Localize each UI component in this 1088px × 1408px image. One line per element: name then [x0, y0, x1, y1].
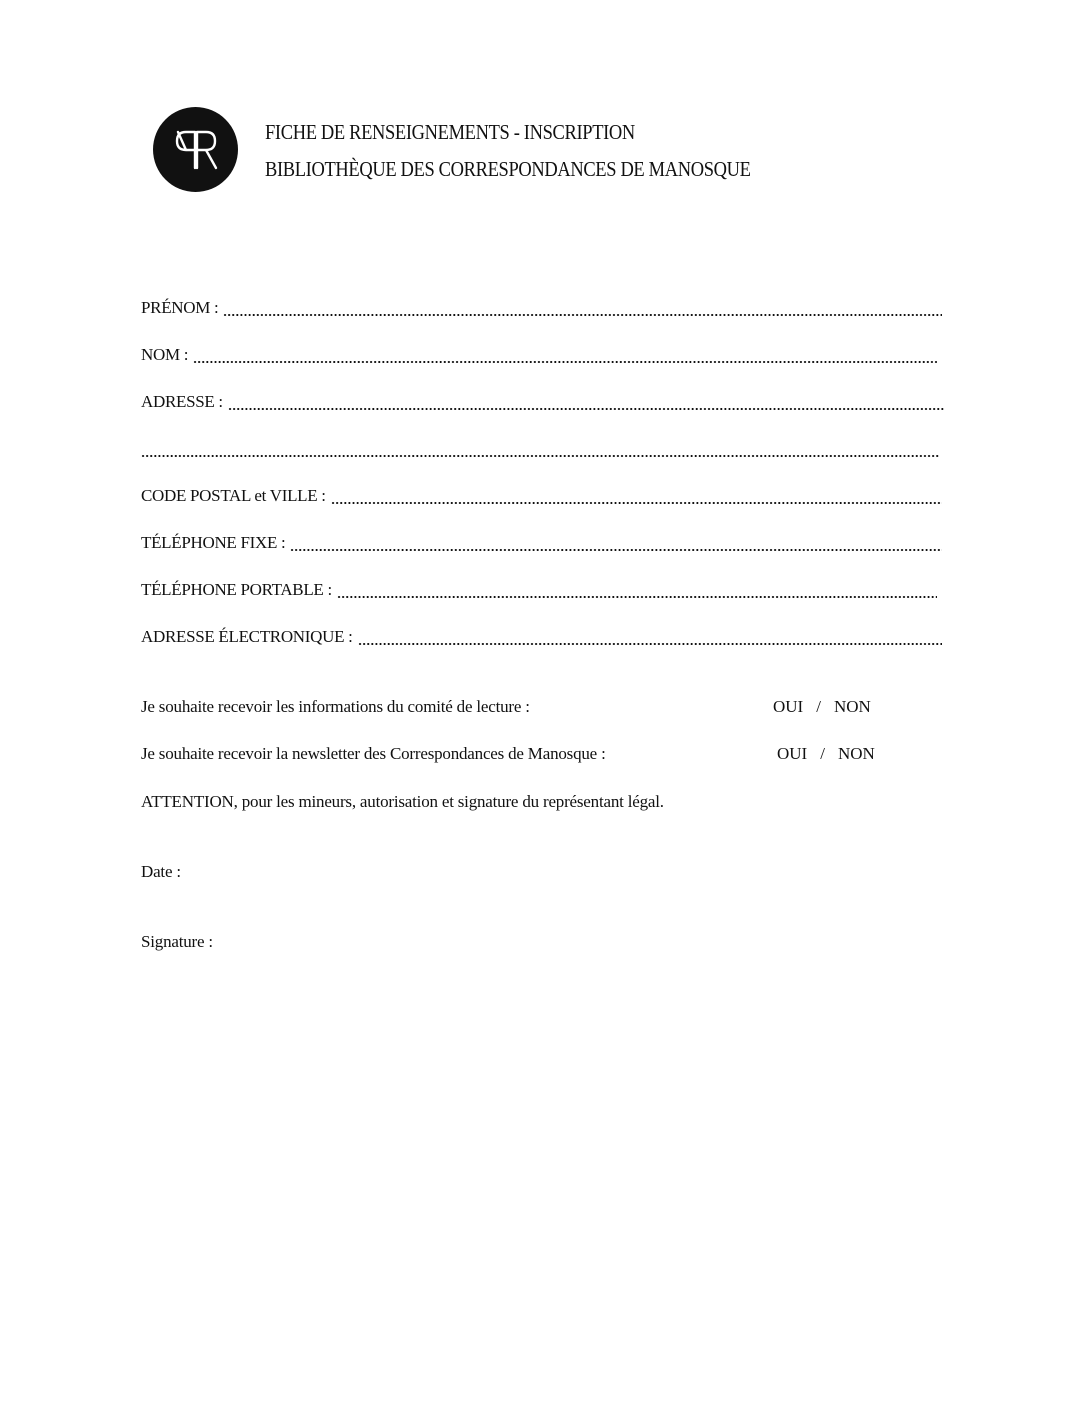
fill-in-line[interactable] [228, 408, 944, 410]
fill-in-line[interactable] [331, 502, 942, 504]
choice-comite-lecture: OUI/NON [773, 697, 871, 717]
field-adresse-electronique[interactable]: ADRESSE ÉLECTRONIQUE : [141, 627, 942, 651]
question-comite-lecture: Je souhaite recevoir les informations du… [141, 697, 530, 717]
choice-newsletter: OUI/NON [777, 744, 875, 764]
option-oui[interactable]: OUI [777, 744, 807, 763]
field-prenom[interactable]: PRÉNOM : [141, 298, 942, 322]
fill-in-line[interactable] [358, 643, 942, 645]
logo [153, 107, 238, 192]
field-code-postal-ville[interactable]: CODE POSTAL et VILLE : [141, 486, 942, 510]
fill-in-line[interactable] [290, 549, 942, 551]
fill-in-line[interactable] [193, 361, 937, 363]
mirrored-rr-monogram-icon [153, 107, 238, 192]
field-label: PRÉNOM : [141, 298, 218, 318]
field-label: NOM : [141, 345, 188, 365]
field-adresse-line2[interactable] [141, 439, 939, 463]
field-telephone-fixe[interactable]: TÉLÉPHONE FIXE : [141, 533, 942, 557]
date-label: Date : [141, 862, 181, 882]
field-telephone-portable[interactable]: TÉLÉPHONE PORTABLE : [141, 580, 937, 604]
fill-in-line[interactable] [223, 314, 942, 316]
field-label: ADRESSE : [141, 392, 223, 412]
fill-in-line[interactable] [337, 596, 937, 598]
field-label: CODE POSTAL et VILLE : [141, 486, 326, 506]
question-newsletter: Je souhaite recevoir la newsletter des C… [141, 744, 606, 764]
separator: / [820, 744, 825, 763]
field-label: TÉLÉPHONE FIXE : [141, 533, 285, 553]
option-oui[interactable]: OUI [773, 697, 803, 716]
field-label: ADRESSE ÉLECTRONIQUE : [141, 627, 353, 647]
library-name: BIBLIOTHÈQUE DES CORRESPONDANCES DE MANO… [265, 157, 751, 182]
option-non[interactable]: NON [834, 697, 871, 716]
separator: / [816, 697, 821, 716]
form-title: FICHE DE RENSEIGNEMENTS - INSCRIPTION [265, 120, 635, 145]
field-nom[interactable]: NOM : [141, 345, 937, 369]
signature-label: Signature : [141, 932, 213, 952]
fill-in-line[interactable] [141, 455, 939, 457]
minors-notice: ATTENTION, pour les mineurs, autorisatio… [141, 792, 664, 812]
field-adresse[interactable]: ADRESSE : [141, 392, 944, 416]
field-label: TÉLÉPHONE PORTABLE : [141, 580, 332, 600]
option-non[interactable]: NON [838, 744, 875, 763]
